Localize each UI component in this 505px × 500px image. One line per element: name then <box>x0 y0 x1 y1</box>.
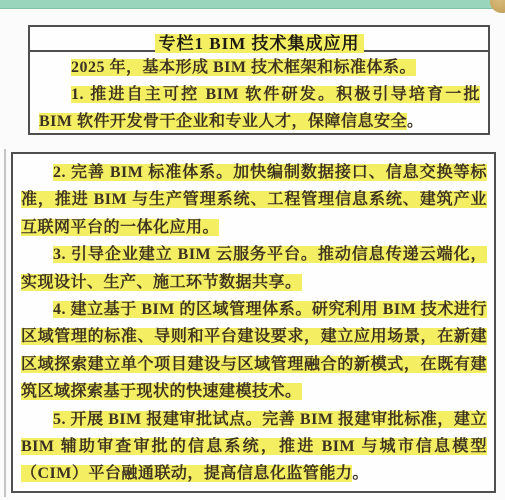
paragraph: 3. 引导企业建立 BIM 云服务平台。推动信息传递云端化，实现设计、生产、施工… <box>21 241 487 296</box>
plain-text: 。 <box>352 465 369 482</box>
highlighted-text: 2. 完善 BIM 标准体系。加快编制数据接口、信息交换等标准，推进 BIM 与… <box>21 164 487 236</box>
page-edge-shadow <box>4 149 6 497</box>
corner-decoration <box>490 0 505 13</box>
box1-content: 2025 年，基本形成 BIM 技术框架和标准体系。1. 推进自主可控 BIM … <box>30 52 488 135</box>
callout-box-bim-items: 2. 完善 BIM 标准体系。加快编制数据接口、信息交换等标准，推进 BIM 与… <box>11 152 496 493</box>
paragraph: 2. 完善 BIM 标准体系。加快编制数据接口、信息交换等标准，推进 BIM 与… <box>21 159 487 241</box>
highlighted-text: 3. 引导企业建立 BIM 云服务平台。推动信息传递云端化，实现设计、生产、施工… <box>21 246 487 290</box>
paragraph: 4. 建立基于 BIM 的区域管理体系。研究利用 BIM 技术进行区域管理的标准… <box>21 296 487 406</box>
top-green-strip <box>0 0 505 9</box>
document-page: 专栏1 BIM 技术集成应用 2025 年，基本形成 BIM 技术框架和标准体系… <box>0 0 505 500</box>
callout-box-bim-title: 专栏1 BIM 技术集成应用 2025 年，基本形成 BIM 技术框架和标准体系… <box>28 25 490 135</box>
paragraph: 5. 开展 BIM 报建审批试点。完善 BIM 报建审批标准，建立 BIM 辅助… <box>21 406 487 488</box>
paragraph: 2025 年，基本形成 BIM 技术框架和标准体系。 <box>39 54 480 81</box>
plain-text: 。 <box>407 113 424 130</box>
box-title-row: 专栏1 BIM 技术集成应用 <box>30 27 488 52</box>
box-title: 专栏1 BIM 技术集成应用 <box>155 34 364 53</box>
highlighted-text: 2025 年，基本形成 BIM 技术框架和标准体系。 <box>71 59 416 76</box>
highlighted-text: 4. 建立基于 BIM 的区域管理体系。研究利用 BIM 技术进行区域管理的标准… <box>21 301 487 400</box>
highlighted-text: 5. 开展 BIM 报建审批试点。完善 BIM 报建审批标准，建立 BIM 辅助… <box>21 411 487 483</box>
box2-content: 2. 完善 BIM 标准体系。加快编制数据接口、信息交换等标准，推进 BIM 与… <box>13 154 494 488</box>
paragraph: 1. 推进自主可控 BIM 软件研发。积极引导培育一批 BIM 软件开发骨干企业… <box>39 81 480 135</box>
